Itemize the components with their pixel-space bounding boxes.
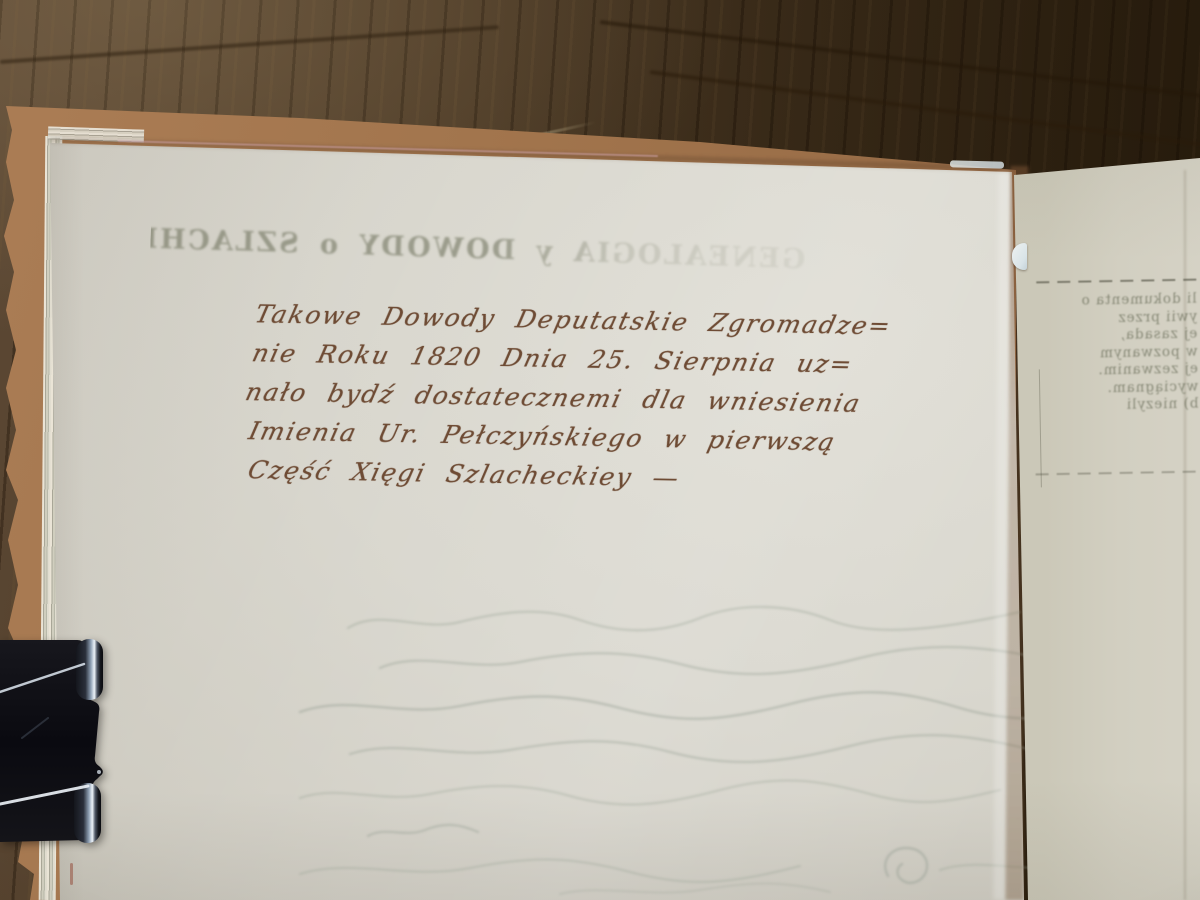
photo-of-archival-document: GENEALOGIA y DOWODY o SZLACHECTWIE Takow… <box>0 0 1200 900</box>
clip-roll-bottom <box>74 783 101 843</box>
ghost-print-block: li dokumenta o ywii przez ej zasada, w p… <box>1030 267 1200 492</box>
ghost-print-rule <box>1036 471 1200 476</box>
ghost-print-lines: li dokumenta o ywii przez ej zasada, w p… <box>1034 291 1198 416</box>
ghost-print-line: li dokumenta o <box>1034 291 1196 311</box>
paper-sliver <box>950 160 1004 168</box>
ghost-print-line: ej zezwanim. <box>1036 361 1198 381</box>
ghost-print-line: b) niezyli <box>1036 396 1198 416</box>
clip-roll-top <box>76 639 103 700</box>
paper-notch <box>1012 243 1027 270</box>
binder-clip <box>0 630 112 852</box>
ghost-print-rule <box>1036 279 1196 284</box>
ghost-print-line: ej zasada, <box>1035 326 1197 346</box>
